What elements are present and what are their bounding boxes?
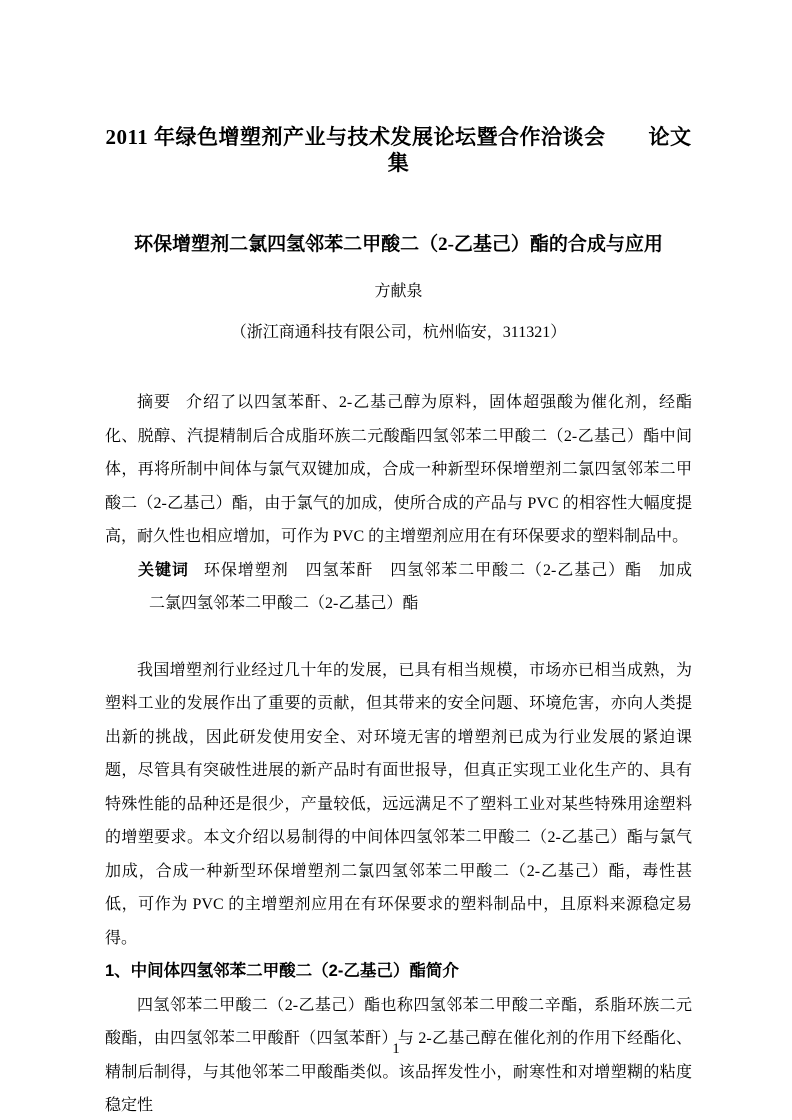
keywords-paragraph: 关键词环保增塑剂 四氢苯酐 四氢邻苯二甲酸二（2-乙基己）酯 加成 二氯四氢邻苯… xyxy=(105,554,692,621)
abstract-text: 介绍了以四氢苯酐、2-乙基己醇为原料，固体超强酸为催化剂，经酯化、脱醇、汽提精制… xyxy=(105,394,692,545)
paper-title: 环保增塑剂二氯四氢邻苯二甲酸二（2-乙基己）酯的合成与应用 xyxy=(105,233,692,258)
abstract-label: 摘要 xyxy=(137,394,171,411)
affiliation: （浙江商通科技有限公司，杭州临安，311321） xyxy=(105,319,692,342)
author-name: 方献泉 xyxy=(105,278,692,301)
abstract-paragraph: 摘要介绍了以四氢苯酐、2-乙基己醇为原料，固体超强酸为催化剂，经酯化、脱醇、汽提… xyxy=(105,386,692,554)
document-page: 2011 年绿色增塑剂产业与技术发展论坛暨合作洽谈会 论文集 环保增塑剂二氯四氢… xyxy=(0,0,792,1120)
keywords-label: 关键词 xyxy=(138,562,189,579)
section-1-heading: 1、中间体四氢邻苯二甲酸二（2-乙基己）酯简介 xyxy=(105,955,692,989)
introduction-paragraph: 我国增塑剂行业经过几十年的发展，已具有相当规模，市场亦已相当成熟，为塑料工业的发… xyxy=(105,654,692,956)
proceedings-title: 2011 年绿色增塑剂产业与技术发展论坛暨合作洽谈会 论文集 xyxy=(105,0,692,177)
keywords-text: 环保增塑剂 四氢苯酐 四氢邻苯二甲酸二（2-乙基己）酯 加成 二氯四氢邻苯二甲酸… xyxy=(149,562,708,613)
page-number: 1 xyxy=(0,1041,792,1058)
